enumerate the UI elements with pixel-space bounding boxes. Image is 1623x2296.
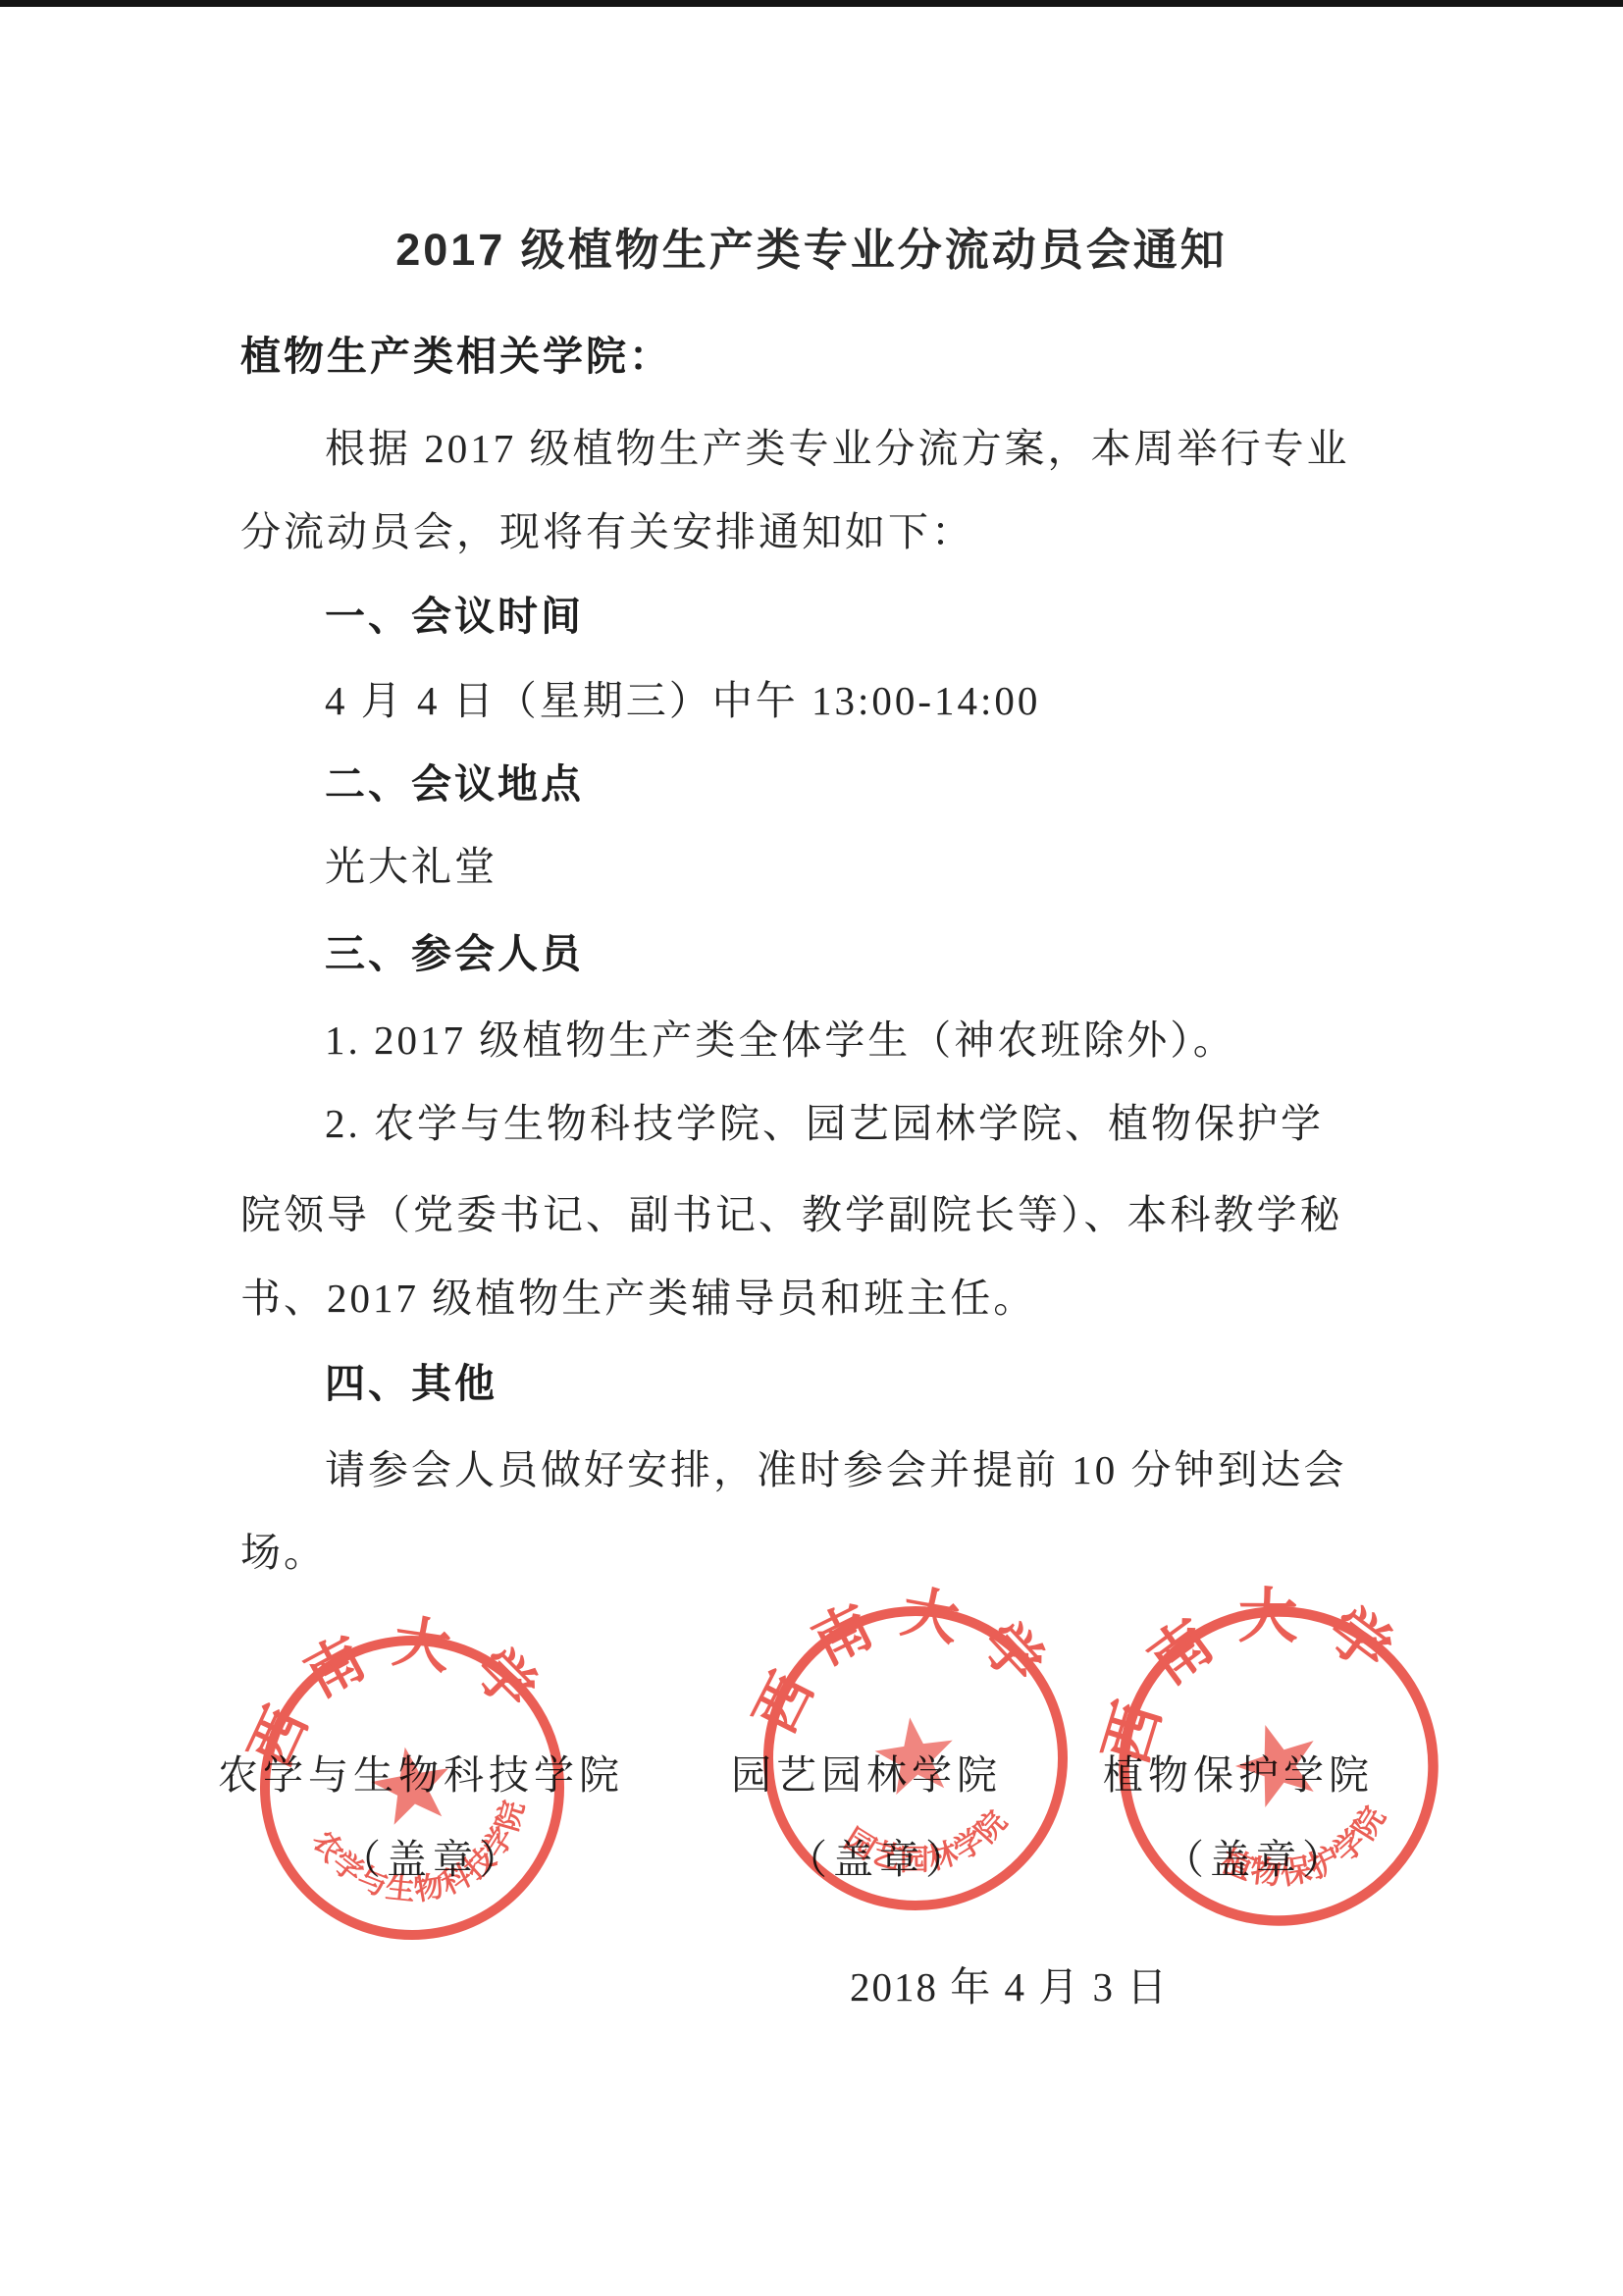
intro-line-1: 根据 2017 级植物生产类专业分流方案，本周举行专业: [325, 426, 1350, 472]
section-4-body-line-1: 请参会人员做好安排，准时参会并提前 10 分钟到达会: [325, 1447, 1347, 1493]
seal-university-name: 西南大学: [727, 1559, 1074, 1750]
official-seal-agronomy-biotech: 西南大学 农学与生物科技学院: [219, 1594, 605, 1981]
scanned-notice-page: 2017 级植物生产类专业分流动员会通知 植物生产类相关学院： 根据 2017 …: [0, 0, 1623, 2296]
section-1-heading: 一、会议时间: [325, 594, 584, 640]
star-icon: [366, 1741, 456, 1828]
section-1-body-line: 4 月 4 日（星期三）中午 13:00-14:00: [325, 678, 1040, 724]
section-3-heading: 三、参会人员: [325, 931, 584, 977]
section-2-body-line: 光大礼堂: [325, 844, 497, 890]
star-icon: [1227, 1712, 1329, 1812]
section-4-heading: 四、其他: [325, 1361, 497, 1407]
section-3-item-2-line-1: 2. 农学与生物科技学院、园艺园林学院、植物保护学: [325, 1101, 1324, 1147]
section-3-item-2-line-2: 院领导（党委书记、副书记、教学副院长等）、本科教学秘: [240, 1192, 1343, 1238]
svg-text:园艺园林学院: 园艺园林学院: [835, 1800, 1020, 1889]
page-title: 2017 级植物生产类专业分流动员会通知: [0, 214, 1623, 278]
seal-university-name: 西南大学: [219, 1584, 569, 1785]
seal-university-name: 西南大学: [1058, 1536, 1433, 1788]
official-seal-horticulture: 西南大学 园艺园林学院: [727, 1570, 1104, 1947]
star-icon: [871, 1712, 960, 1797]
scan-edge-artifact: [0, 0, 1623, 7]
section-2-heading: 二、会议地点: [325, 761, 584, 808]
document-date: 2018 年 4 月 3 日: [850, 1955, 1169, 2012]
section-3-item-2-line-3: 书、2017 级植物生产类辅导员和班主任。: [240, 1276, 1036, 1322]
svg-text:西南大学: 西南大学: [1058, 1536, 1433, 1788]
svg-text:西南大学: 西南大学: [219, 1584, 569, 1785]
intro-line-2: 分流动员会，现将有关安排通知如下：: [240, 509, 974, 555]
section-4-body-line-2: 场。: [240, 1530, 327, 1576]
svg-text:植物保护学院: 植物保护学院: [1208, 1793, 1406, 1914]
seal-college-name: 植物保护学院: [1208, 1793, 1406, 1914]
svg-text:西南大学: 西南大学: [727, 1559, 1074, 1750]
official-seal-plant-protection: 西南大学 植物保护学院: [1058, 1545, 1499, 1987]
salutation: 植物生产类相关学院：: [240, 334, 672, 380]
section-3-item-1: 1. 2017 级植物生产类全体学生（神农班除外）。: [325, 1018, 1236, 1064]
seal-college-name: 园艺园林学院: [835, 1800, 1020, 1889]
